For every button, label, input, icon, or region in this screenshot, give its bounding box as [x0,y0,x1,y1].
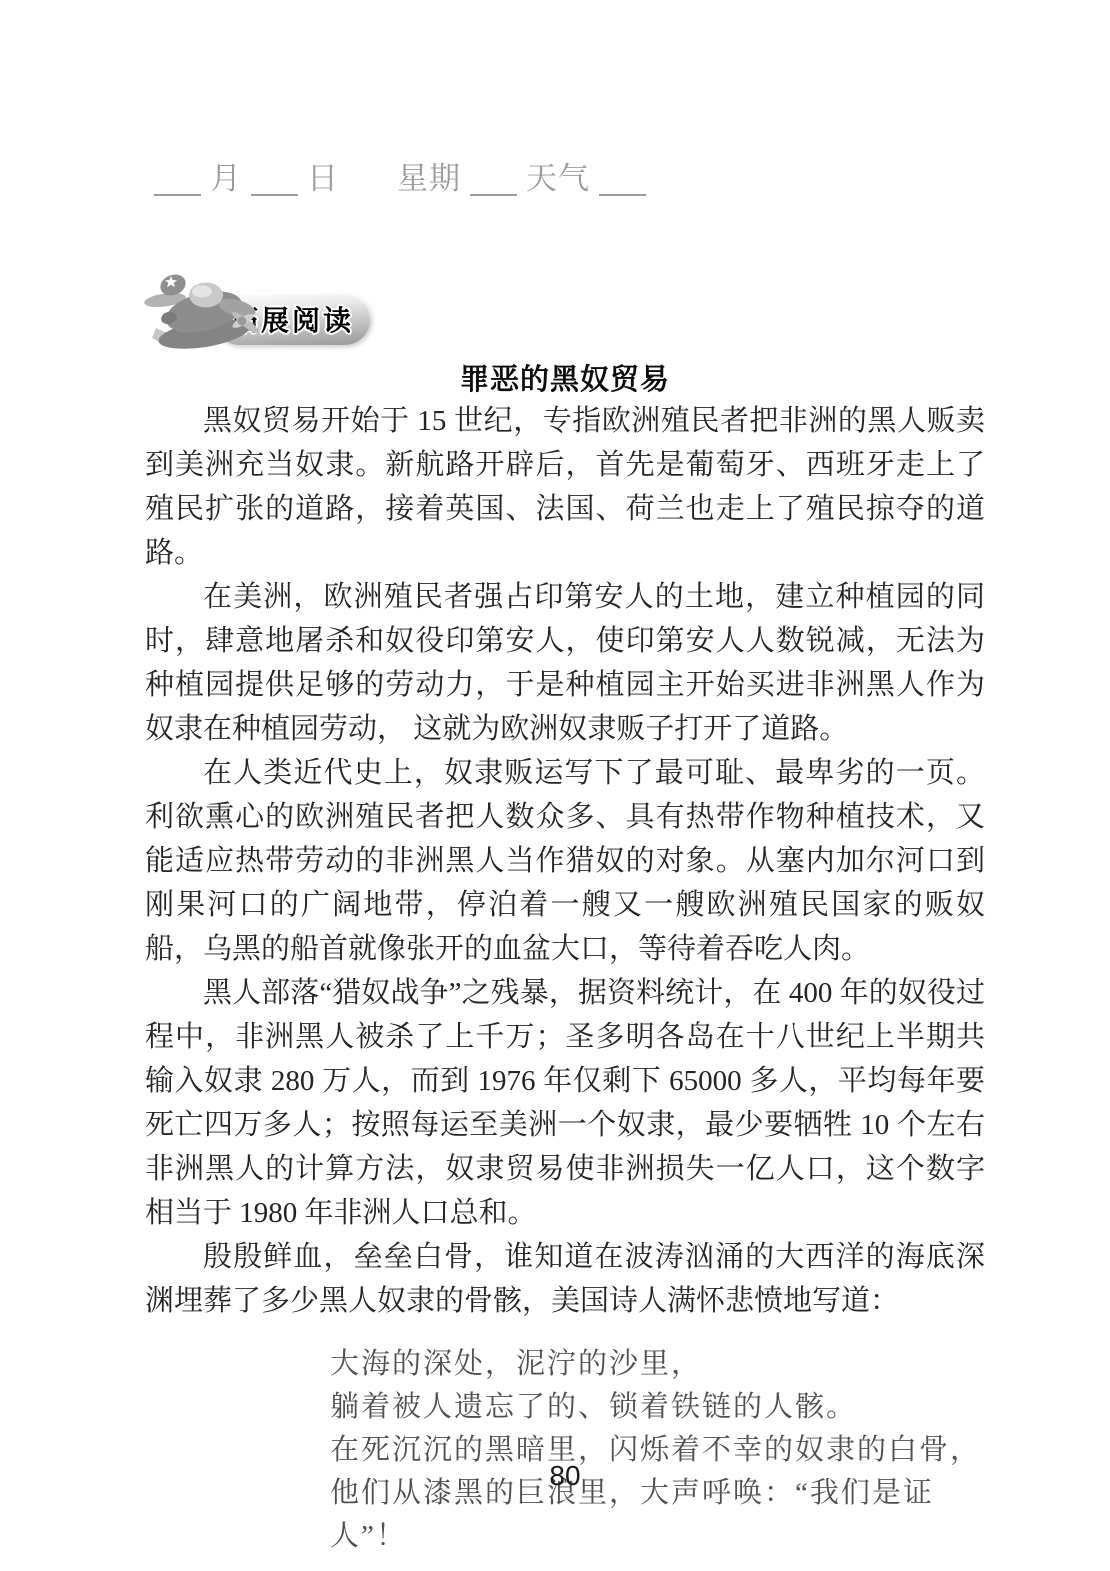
poem-line-1: 大海的深处，泥泞的沙里， [330,1343,985,1386]
section-badge: 拓展阅读 [142,266,392,361]
paragraph-1: 黑奴贸易开始于 15 世纪，专指欧洲殖民者把非洲的黑人贩卖到美洲充当奴隶。新航路… [145,399,985,575]
page-number: 80 [145,1460,985,1492]
weather-label: 天气 [526,162,590,196]
paragraph-3: 在人类近代史上，奴隶贩运写下了最可耻、最卑劣的一页。利欲熏心的欧洲殖民者把人数众… [145,751,985,971]
article-title: 罪恶的黑奴贸易 [145,357,985,398]
worksheet-page: 月 日 星期 天气 拓展阅读 [0,0,1110,1571]
week-blank [470,165,517,196]
weather-blank [599,165,646,196]
poem-block: 大海的深处，泥泞的沙里， 躺着被人遗忘了的、锁着铁链的人骸。 在死沉沉的黑暗里，… [330,1343,985,1558]
article-body: 黑奴贸易开始于 15 世纪，专指欧洲殖民者把非洲的黑人贩卖到美洲充当奴隶。新航路… [145,399,985,1558]
poem-line-2: 躺着被人遗忘了的、锁着铁链的人骸。 [330,1386,985,1429]
airplane-icon [142,266,267,361]
day-label: 日 [307,162,339,196]
paragraph-2: 在美洲，欧洲殖民者强占印第安人的土地，建立种植园的同时，肆意地屠杀和奴役印第安人… [145,575,985,751]
month-blank [154,165,201,196]
paragraph-5: 殷殷鲜血，垒垒白骨，谁知道在波涛汹涌的大西洋的海底深渊埋葬了多少黑人奴隶的骨骸，… [145,1235,985,1323]
month-label: 月 [210,162,242,196]
day-blank [251,165,298,196]
date-header: 月 日 星期 天气 [145,160,655,196]
paragraph-4: 黑人部落“猎奴战争”之残暴，据资料统计，在 400 年的奴役过程中，非洲黑人被杀… [145,971,985,1235]
week-label: 星期 [397,162,461,196]
